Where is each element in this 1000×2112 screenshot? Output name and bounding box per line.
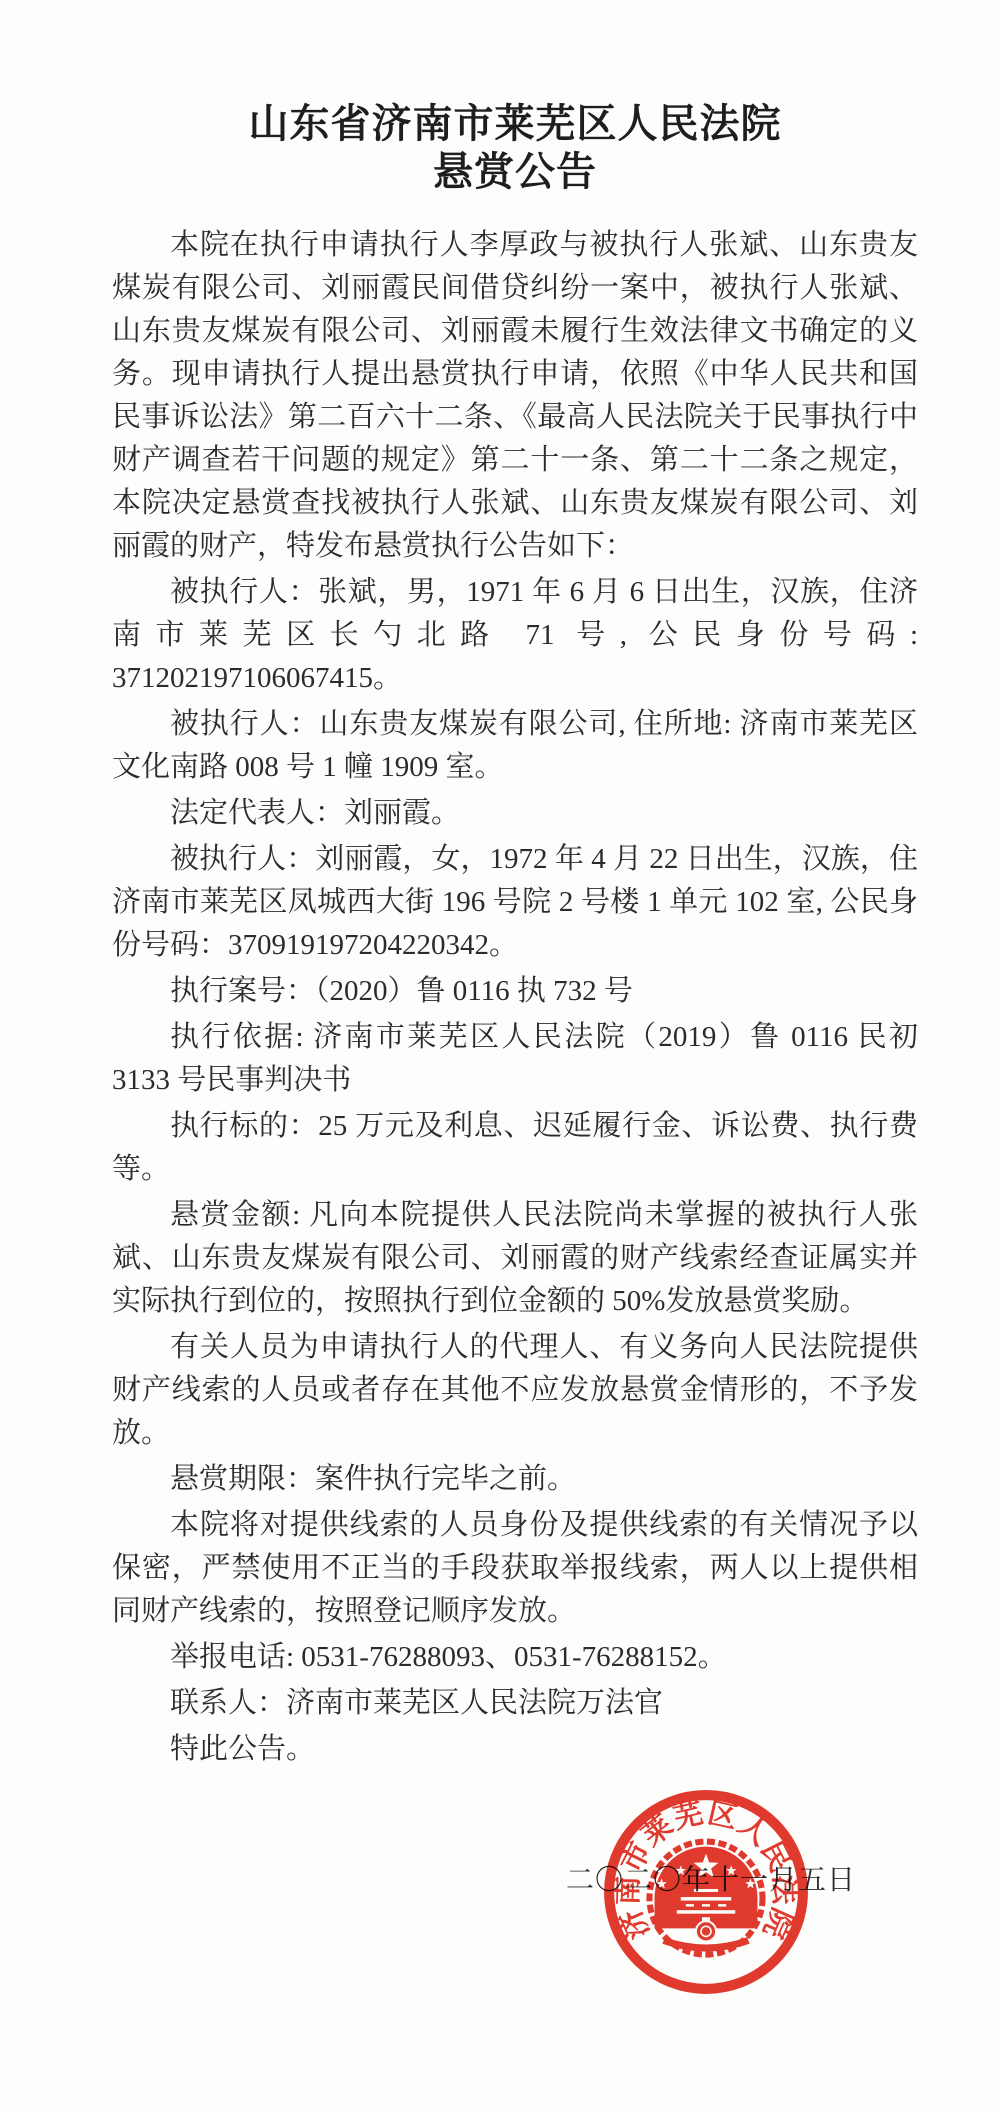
scanned-document-page: 山东省济南市莱芜区人民法院 悬赏公告 本院在执行申请执行人李厚政与被执行人张斌、… — [0, 0, 1000, 2112]
paragraph-exclusions: 有关人员为申请执行人的代理人、有义务向人民法院提供财产线索的人员或者存在其他不应… — [112, 1326, 918, 1455]
announcement-paragraphs: 本院在执行申请执行人李厚政与被执行人张斌、山东贵友煤炭有限公司、刘丽霞民间借贷纠… — [112, 224, 918, 1771]
national-emblem-icon — [649, 1842, 762, 1955]
court-seal: 济南市莱芜区人民法院 — [599, 1785, 813, 1999]
page-title: 山东省济南市莱芜区人民法院 悬赏公告 — [112, 100, 918, 196]
paragraph-confidentiality: 本院将对提供线索的人员身份及提供线索的有关情况予以保密，严禁使用不正当的手段获取… — [112, 1504, 918, 1633]
paragraph-closing: 特此公告。 — [112, 1728, 918, 1771]
paragraph-case-number: 执行案号：（2020）鲁 0116 执 732 号 — [112, 970, 918, 1013]
announcement-type-title: 悬赏公告 — [112, 148, 918, 196]
paragraph-reward-amount: 悬赏金额: 凡向本院提供人民法院尚未掌握的被执行人张斌、山东贵友煤炭有限公司、刘… — [112, 1194, 918, 1323]
paragraph-legal-representative: 法定代表人：刘丽霞。 — [112, 792, 918, 835]
announcement-body: 山东省济南市莱芜区人民法院 悬赏公告 本院在执行申请执行人李厚政与被执行人张斌、… — [112, 100, 918, 1774]
paragraph-report-phones: 举报电话: 0531-76288093、0531-76288152。 — [112, 1636, 918, 1679]
paragraph-execution-basis: 执行依据: 济南市莱芜区人民法院（2019）鲁 0116 民初 3133 号民事… — [112, 1016, 918, 1102]
court-name-title: 山东省济南市莱芜区人民法院 — [112, 100, 918, 148]
paragraph-contact-person: 联系人：济南市莱芜区人民法院万法官 — [112, 1682, 918, 1725]
paragraph-intro: 本院在执行申请执行人李厚政与被执行人张斌、山东贵友煤炭有限公司、刘丽霞民间借贷纠… — [112, 224, 918, 568]
paragraph-debtor-zhangbin: 被执行人：张斌，男，1971 年 6 月 6 日出生，汉族，住济南市莱芜区长勺北… — [112, 571, 918, 700]
court-seal-graphic: 济南市莱芜区人民法院 — [599, 1785, 813, 1999]
paragraph-execution-target: 执行标的：25 万元及利息、迟延履行金、诉讼费、执行费等。 — [112, 1105, 918, 1191]
paragraph-debtor-liulixia: 被执行人：刘丽霞，女，1972 年 4 月 22 日出生，汉族，住济南市莱芜区凤… — [112, 838, 918, 967]
paragraph-reward-period: 悬赏期限：案件执行完毕之前。 — [112, 1458, 918, 1501]
paragraph-debtor-company: 被执行人：山东贵友煤炭有限公司, 住所地: 济南市莱芜区文化南路 008 号 1… — [112, 703, 918, 789]
